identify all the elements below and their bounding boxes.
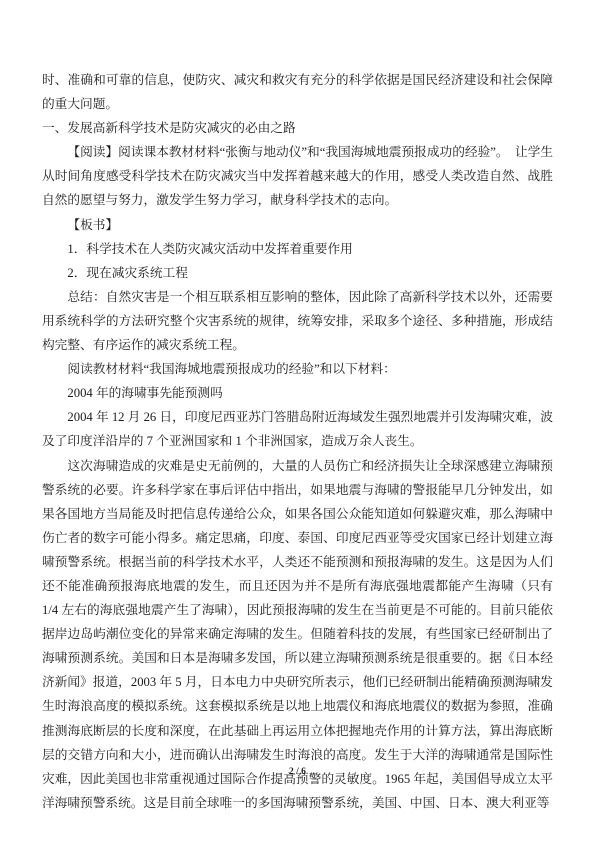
section-heading: 一、发展高新科学技术是防灾减灾的必由之路 <box>42 116 553 140</box>
board-heading: 【板书】 <box>42 213 553 237</box>
list-item-2: 2．现在减灾系统工程 <box>42 261 553 285</box>
page-footer: 2 / 6 <box>0 767 595 777</box>
material-title: 2004 年的海啸事先能预测吗 <box>42 381 553 405</box>
paragraph-tsunami-detail: 这次海啸造成的灾难是史无前例的，大量的人员伤亡和经济损失让全球深感建立海啸预警系… <box>42 454 553 815</box>
paragraph-reading-instruction: 【阅读】阅读课本教材材料“张衡与地动仪”和“我国海城地震预报成功的经验”。 让学… <box>42 140 553 212</box>
paragraph-tsunami-event: 2004 年 12 月 26 日，印度尼西亚苏门答腊岛附近海域发生强烈地震并引发… <box>42 405 553 453</box>
paragraph-reading-material-intro: 阅读教材材料“我国海城地震预报成功的经验”和以下材料： <box>42 357 553 381</box>
paragraph-continuation: 时、准确和可靠的信息，使防灾、减灾和救灾有充分的科学依据是国民经济建设和社会保障… <box>42 68 553 116</box>
page-number: 2 / 6 <box>289 767 306 777</box>
document-body: 时、准确和可靠的信息，使防灾、减灾和救灾有充分的科学依据是国民经济建设和社会保障… <box>42 68 553 815</box>
paragraph-summary: 总结：自然灾害是一个相互联系相互影响的整体，因此除了高新科学技术以外，还需要用系… <box>42 285 553 357</box>
list-item-1: 1．科学技术在人类防灾减灾活动中发挥着重要作用 <box>42 237 553 261</box>
document-page: 时、准确和可靠的信息，使防灾、减灾和救灾有充分的科学依据是国民经济建设和社会保障… <box>0 0 595 841</box>
